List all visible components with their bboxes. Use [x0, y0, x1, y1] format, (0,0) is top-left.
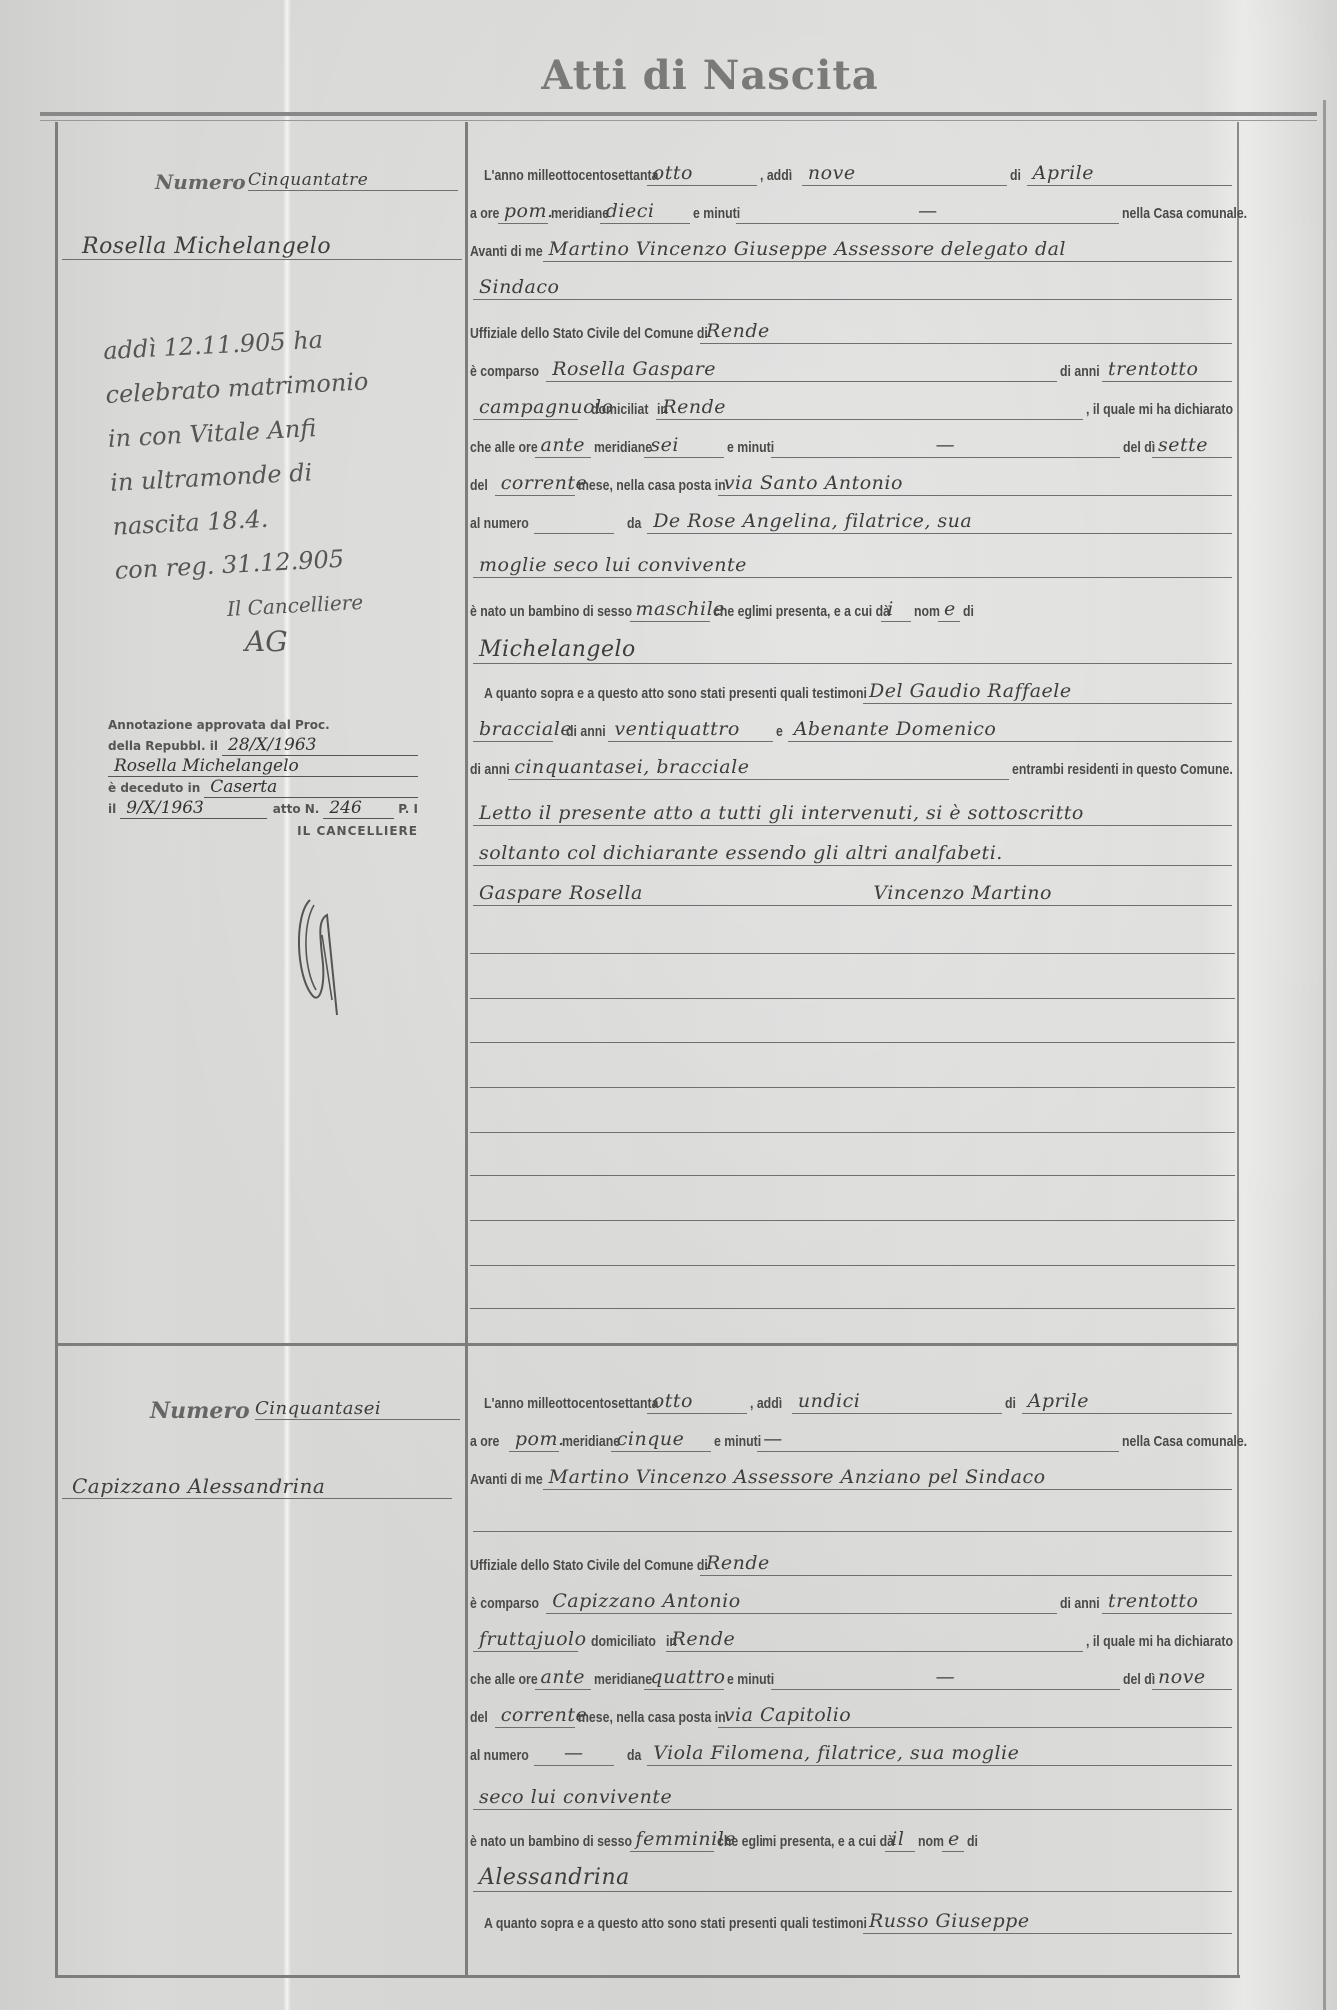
month-ref: corrente [495, 466, 575, 496]
print-text: , il quale mi ha dichiarato [1086, 401, 1233, 420]
birth-hour: sei [644, 428, 724, 458]
line-year: L'anno milleottocentosettanta otto , add… [470, 150, 1235, 186]
print-text: di [963, 603, 974, 622]
line-officer-cont: Sindaco [470, 264, 1235, 300]
domicile-value: Rende [656, 390, 1082, 420]
print-text: è nato un bambino di sesso [470, 1833, 632, 1852]
ante-post-value: pom. [498, 194, 548, 224]
stamp-text: il [108, 799, 116, 819]
print-text: mese, nella casa posta in [578, 1709, 726, 1728]
blank-line [470, 1132, 1235, 1133]
line-witness-2-age: di anni cinquantasei, bracciale entrambi… [470, 744, 1235, 780]
print-text: meridiane [594, 439, 652, 458]
print-text: , il quale mi ha dichiarato [1086, 1633, 1233, 1652]
line-sex: è nato un bambino di sesso maschile che … [470, 586, 1235, 622]
witness-1-name: Del Gaudio Raffaele [863, 674, 1232, 704]
death-act-number: 246 [323, 798, 394, 819]
print-text: a ore [470, 1433, 499, 1452]
birth-day: nove [1152, 1660, 1232, 1690]
print-text: è comparso [470, 363, 539, 382]
line-mother: al numero da De Rose Angelina, filatrice… [470, 498, 1235, 534]
print-text: domiciliat [591, 401, 648, 420]
officer-name: Martino Vincenzo Giuseppe Assessore dele… [543, 232, 1232, 262]
top-rule [40, 112, 1317, 116]
print-text: mi presenta, e a cui dà [762, 1833, 894, 1852]
print-text: al numero [470, 515, 529, 534]
month-value: Aprile [1027, 156, 1232, 186]
line-domicile: campagnuolo domiciliat in Rende , il qua… [470, 384, 1235, 420]
print-text: che egli [713, 603, 759, 622]
line-hour: a ore pom. meridiane dieci e minuti — ne… [470, 188, 1235, 224]
birth-ante-post: ante [535, 428, 591, 458]
witness-1-profession: bracciale [473, 712, 553, 742]
month-ref: corrente [495, 1698, 575, 1728]
line-domicile: fruttajuolo domiciliato in Rende , il qu… [470, 1616, 1235, 1652]
officer-name-cont: Sindaco [473, 270, 1232, 300]
print-text: e minuti [693, 205, 740, 224]
day-value: undici [792, 1384, 1002, 1414]
top-rule-thin [40, 120, 1317, 121]
print-text: in [666, 1633, 677, 1652]
print-text: a ore [470, 205, 499, 224]
line-witness-1: A quanto sopra e a questo atto sono stat… [470, 668, 1235, 704]
print-text: domiciliato [591, 1633, 656, 1652]
year-suffix: otto [647, 156, 757, 186]
year-suffix: otto [647, 1384, 747, 1414]
death-annotation-stamp: Annotazione approvata dal Proc. della Re… [108, 715, 418, 841]
deceased-name: Rosella Michelangelo [108, 756, 418, 777]
mother-name-cont: moglie seco lui convivente [473, 548, 1232, 578]
hour-value: cinque [611, 1422, 711, 1452]
officer-signature: Vincenzo Martino [873, 882, 1052, 904]
print-text: entrambi residenti in questo Comune. [1012, 761, 1233, 780]
line-sex: è nato un bambino di sesso femminile che… [470, 1816, 1235, 1852]
line-year: L'anno milleottocentosettanta otto , add… [470, 1378, 1235, 1414]
nome-suffix: e [942, 1822, 964, 1852]
line-declarant: è comparso Rosella Gaspare di anni trent… [470, 346, 1235, 382]
print-text: di anni [470, 761, 510, 780]
declarant-age: trentotto [1102, 1584, 1232, 1614]
line-birth-time: che alle ore ante meridiane quattro e mi… [470, 1654, 1235, 1690]
print-text: che alle ore [470, 439, 538, 458]
numero-label: Numero [155, 170, 246, 194]
print-text: meridiane [594, 1671, 652, 1690]
month-value: Aprile [1022, 1384, 1232, 1414]
death-place: Caserta [204, 777, 418, 798]
line-mother: al numero — da Viola Filomena, filatrice… [470, 1730, 1235, 1766]
print-text: del [470, 477, 488, 496]
numero-value: Cinquantasei [255, 1398, 460, 1420]
print-text: A quanto sopra e a questo atto sono stat… [484, 685, 867, 704]
death-date: 9/X/1963 [120, 798, 267, 819]
birth-minutes: — [771, 1660, 1120, 1690]
numero-label: Numero [150, 1398, 250, 1424]
officer-name-cont [473, 1502, 1232, 1532]
print-text: di anni [1060, 363, 1100, 382]
print-text: meridiane [551, 205, 609, 224]
birth-ante-post: ante [535, 1660, 591, 1690]
witness-1-name: Russo Giuseppe [863, 1904, 1232, 1934]
day-value: nove [802, 156, 1007, 186]
child-name: Alessandrina [473, 1862, 1232, 1892]
print-text: di anni [566, 723, 606, 742]
print-text: nella Casa comunale. [1122, 205, 1247, 224]
minutes-value: — [757, 1422, 1119, 1452]
blank-line [470, 998, 1235, 999]
print-text: L'anno milleottocentosettanta [484, 1395, 658, 1414]
print-text: del dì [1123, 439, 1155, 458]
stamp-text: atto N. [273, 799, 320, 819]
blank-line [470, 1220, 1235, 1221]
print-text: nom [918, 1833, 944, 1852]
print-text: è comparso [470, 1595, 539, 1614]
mother-name: De Rose Angelina, filatrice, sua [647, 504, 1232, 534]
print-text: che egli [717, 1833, 763, 1852]
line-closing-1: Letto il presente atto a tutti gli inter… [470, 790, 1235, 826]
print-text: di [967, 1833, 978, 1852]
print-text: di [1010, 167, 1021, 186]
print-text: meridiane [562, 1433, 620, 1452]
print-text: da [627, 515, 641, 534]
print-text: è nato un bambino di sesso [470, 603, 632, 622]
print-text: e [776, 723, 783, 742]
mother-name-cont: seco lui convivente [473, 1780, 1232, 1810]
line-mother-cont: seco lui convivente [470, 1774, 1235, 1810]
blank-line [470, 1175, 1235, 1176]
print-text: che alle ore [470, 1671, 538, 1690]
line-child-name: Alessandrina [470, 1856, 1235, 1892]
ante-post-value: pom. [509, 1422, 559, 1452]
house-number [534, 504, 614, 534]
house-number: — [534, 1736, 614, 1766]
comune-value: Rende [700, 314, 1232, 344]
cancelliere-label: IL CANCELLIERE [108, 821, 418, 841]
print-text: e minuti [727, 1671, 774, 1690]
mother-name: Viola Filomena, filatrice, sua moglie [647, 1736, 1232, 1766]
print-text: in [657, 401, 668, 420]
registrant-name: Capizzano Alessandrina [62, 1474, 452, 1499]
child-name: Michelangelo [473, 634, 1232, 664]
page-edge-line [1323, 100, 1326, 2010]
witness-2-name: Abenante Domenico [788, 712, 1232, 742]
declarant-profession: campagnuolo [473, 390, 578, 420]
witness-1-age: ventiquattro [608, 712, 773, 742]
comune-value: Rende [700, 1546, 1232, 1576]
print-text: L'anno milleottocentosettanta [484, 167, 658, 186]
birth-address: via Capitolio [718, 1698, 1232, 1728]
child-sex: femminile [630, 1822, 714, 1852]
declarant-name: Capizzano Antonio [546, 1584, 1056, 1614]
line-officer-cont [470, 1496, 1235, 1532]
stamp-text: P. I [398, 799, 418, 819]
line-hour: a ore pom. meridiane cinque e minuti — n… [470, 1416, 1235, 1452]
blank-line [470, 1042, 1235, 1043]
blank-line [470, 953, 1235, 954]
record-2-body: L'anno milleottocentosettanta otto , add… [470, 1378, 1235, 1968]
print-text: mi presenta, e a cui dà [758, 603, 890, 622]
birth-address: via Santo Antonio [718, 466, 1232, 496]
numero-value: Cinquantatre [248, 170, 458, 191]
minutes-value: — [736, 194, 1119, 224]
initials-signature: AG [245, 625, 288, 658]
stamp-text: della Repubbl. il [108, 736, 218, 756]
declarant-profession: fruttajuolo [473, 1622, 578, 1652]
print-text: mese, nella casa posta in [578, 477, 726, 496]
blank-line [470, 1308, 1235, 1309]
declarant-signature: Gaspare Rosella [479, 882, 643, 904]
right-frame-line [1237, 122, 1239, 1975]
print-text: nella Casa comunale. [1122, 1433, 1247, 1452]
print-text: Avanti di me [470, 243, 543, 262]
print-text: e minuti [727, 439, 774, 458]
line-closing-2: soltanto col dichiarante essendo gli alt… [470, 830, 1235, 866]
declarant-name: Rosella Gaspare [546, 352, 1056, 382]
record-divider [55, 1343, 1237, 1346]
hour-value: dieci [600, 194, 690, 224]
witness-2-age: cinquantasei, bracciale [508, 750, 1008, 780]
print-text: Uffiziale dello Stato Civile del Comune … [470, 325, 708, 344]
line-child-name: Michelangelo [470, 628, 1235, 664]
approval-date: 28/X/1963 [222, 735, 418, 756]
print-text: Avanti di me [470, 1471, 543, 1490]
line-witness-1: A quanto sopra e a questo atto sono stat… [470, 1898, 1235, 1934]
page-title: Atti di Nascita [430, 52, 990, 99]
line-declarant: è comparso Capizzano Antonio di anni tre… [470, 1578, 1235, 1614]
print-text: e minuti [714, 1433, 761, 1452]
print-text: , addì [760, 167, 792, 186]
blank-line [470, 1087, 1235, 1088]
line-officer: Avanti di me Martino Vincenzo Giuseppe A… [470, 226, 1235, 262]
nome-suffix: e [938, 592, 960, 622]
stamp-text: Annotazione approvata dal Proc. [108, 715, 330, 735]
closing-text: Letto il presente atto a tutti gli inter… [473, 796, 1232, 826]
child-sex: maschile [630, 592, 710, 622]
officer-name: Martino Vincenzo Assessore Anziano pel S… [543, 1460, 1232, 1490]
print-text: , addì [750, 1395, 782, 1414]
print-text: del [470, 1709, 488, 1728]
line-mother-cont: moglie seco lui convivente [470, 542, 1235, 578]
cancelliere-signature-icon [292, 895, 352, 1025]
line-comune: Uffiziale dello Stato Civile del Comune … [470, 1540, 1235, 1576]
print-text: di [1005, 1395, 1016, 1414]
line-witness-ages: bracciale di anni ventiquattro e Abenant… [470, 706, 1235, 742]
birth-hour: quattro [644, 1660, 724, 1690]
blank-line [470, 1265, 1235, 1266]
declarant-age: trentotto [1102, 352, 1232, 382]
print-text: di anni [1060, 1595, 1100, 1614]
record-1-body: L'anno milleottocentosettanta otto , add… [470, 150, 1235, 1340]
column-divider [465, 122, 468, 1975]
marriage-annotation: addì 12.11.905 ha celebrato matrimonio i… [102, 311, 458, 636]
line-address: del corrente mese, nella casa posta in v… [470, 460, 1235, 496]
domicile-value: Rende [666, 1622, 1083, 1652]
line-address: del corrente mese, nella casa posta in v… [470, 1692, 1235, 1728]
line-signatures: Gaspare Rosella Vincenzo Martino [470, 870, 1235, 906]
closing-text: soltanto col dichiarante essendo gli alt… [473, 836, 1232, 866]
print-text: A quanto sopra e a questo atto sono stat… [484, 1915, 867, 1934]
print-text: al numero [470, 1747, 529, 1766]
print-text: da [627, 1747, 641, 1766]
line-comune: Uffiziale dello Stato Civile del Comune … [470, 308, 1235, 344]
print-text: nom [914, 603, 940, 622]
line-birth-time: che alle ore ante meridiane sei e minuti… [470, 422, 1235, 458]
print-text: Uffiziale dello Stato Civile del Comune … [470, 1557, 708, 1576]
stamp-text: è deceduto in [108, 778, 200, 798]
birth-minutes: — [771, 428, 1120, 458]
birth-day: sette [1152, 428, 1232, 458]
signatures: Gaspare Rosella Vincenzo Martino [473, 876, 1232, 906]
line-officer: Avanti di me Martino Vincenzo Assessore … [470, 1454, 1235, 1490]
registrant-name: Rosella Michelangelo [62, 234, 462, 260]
print-text: del dì [1123, 1671, 1155, 1690]
